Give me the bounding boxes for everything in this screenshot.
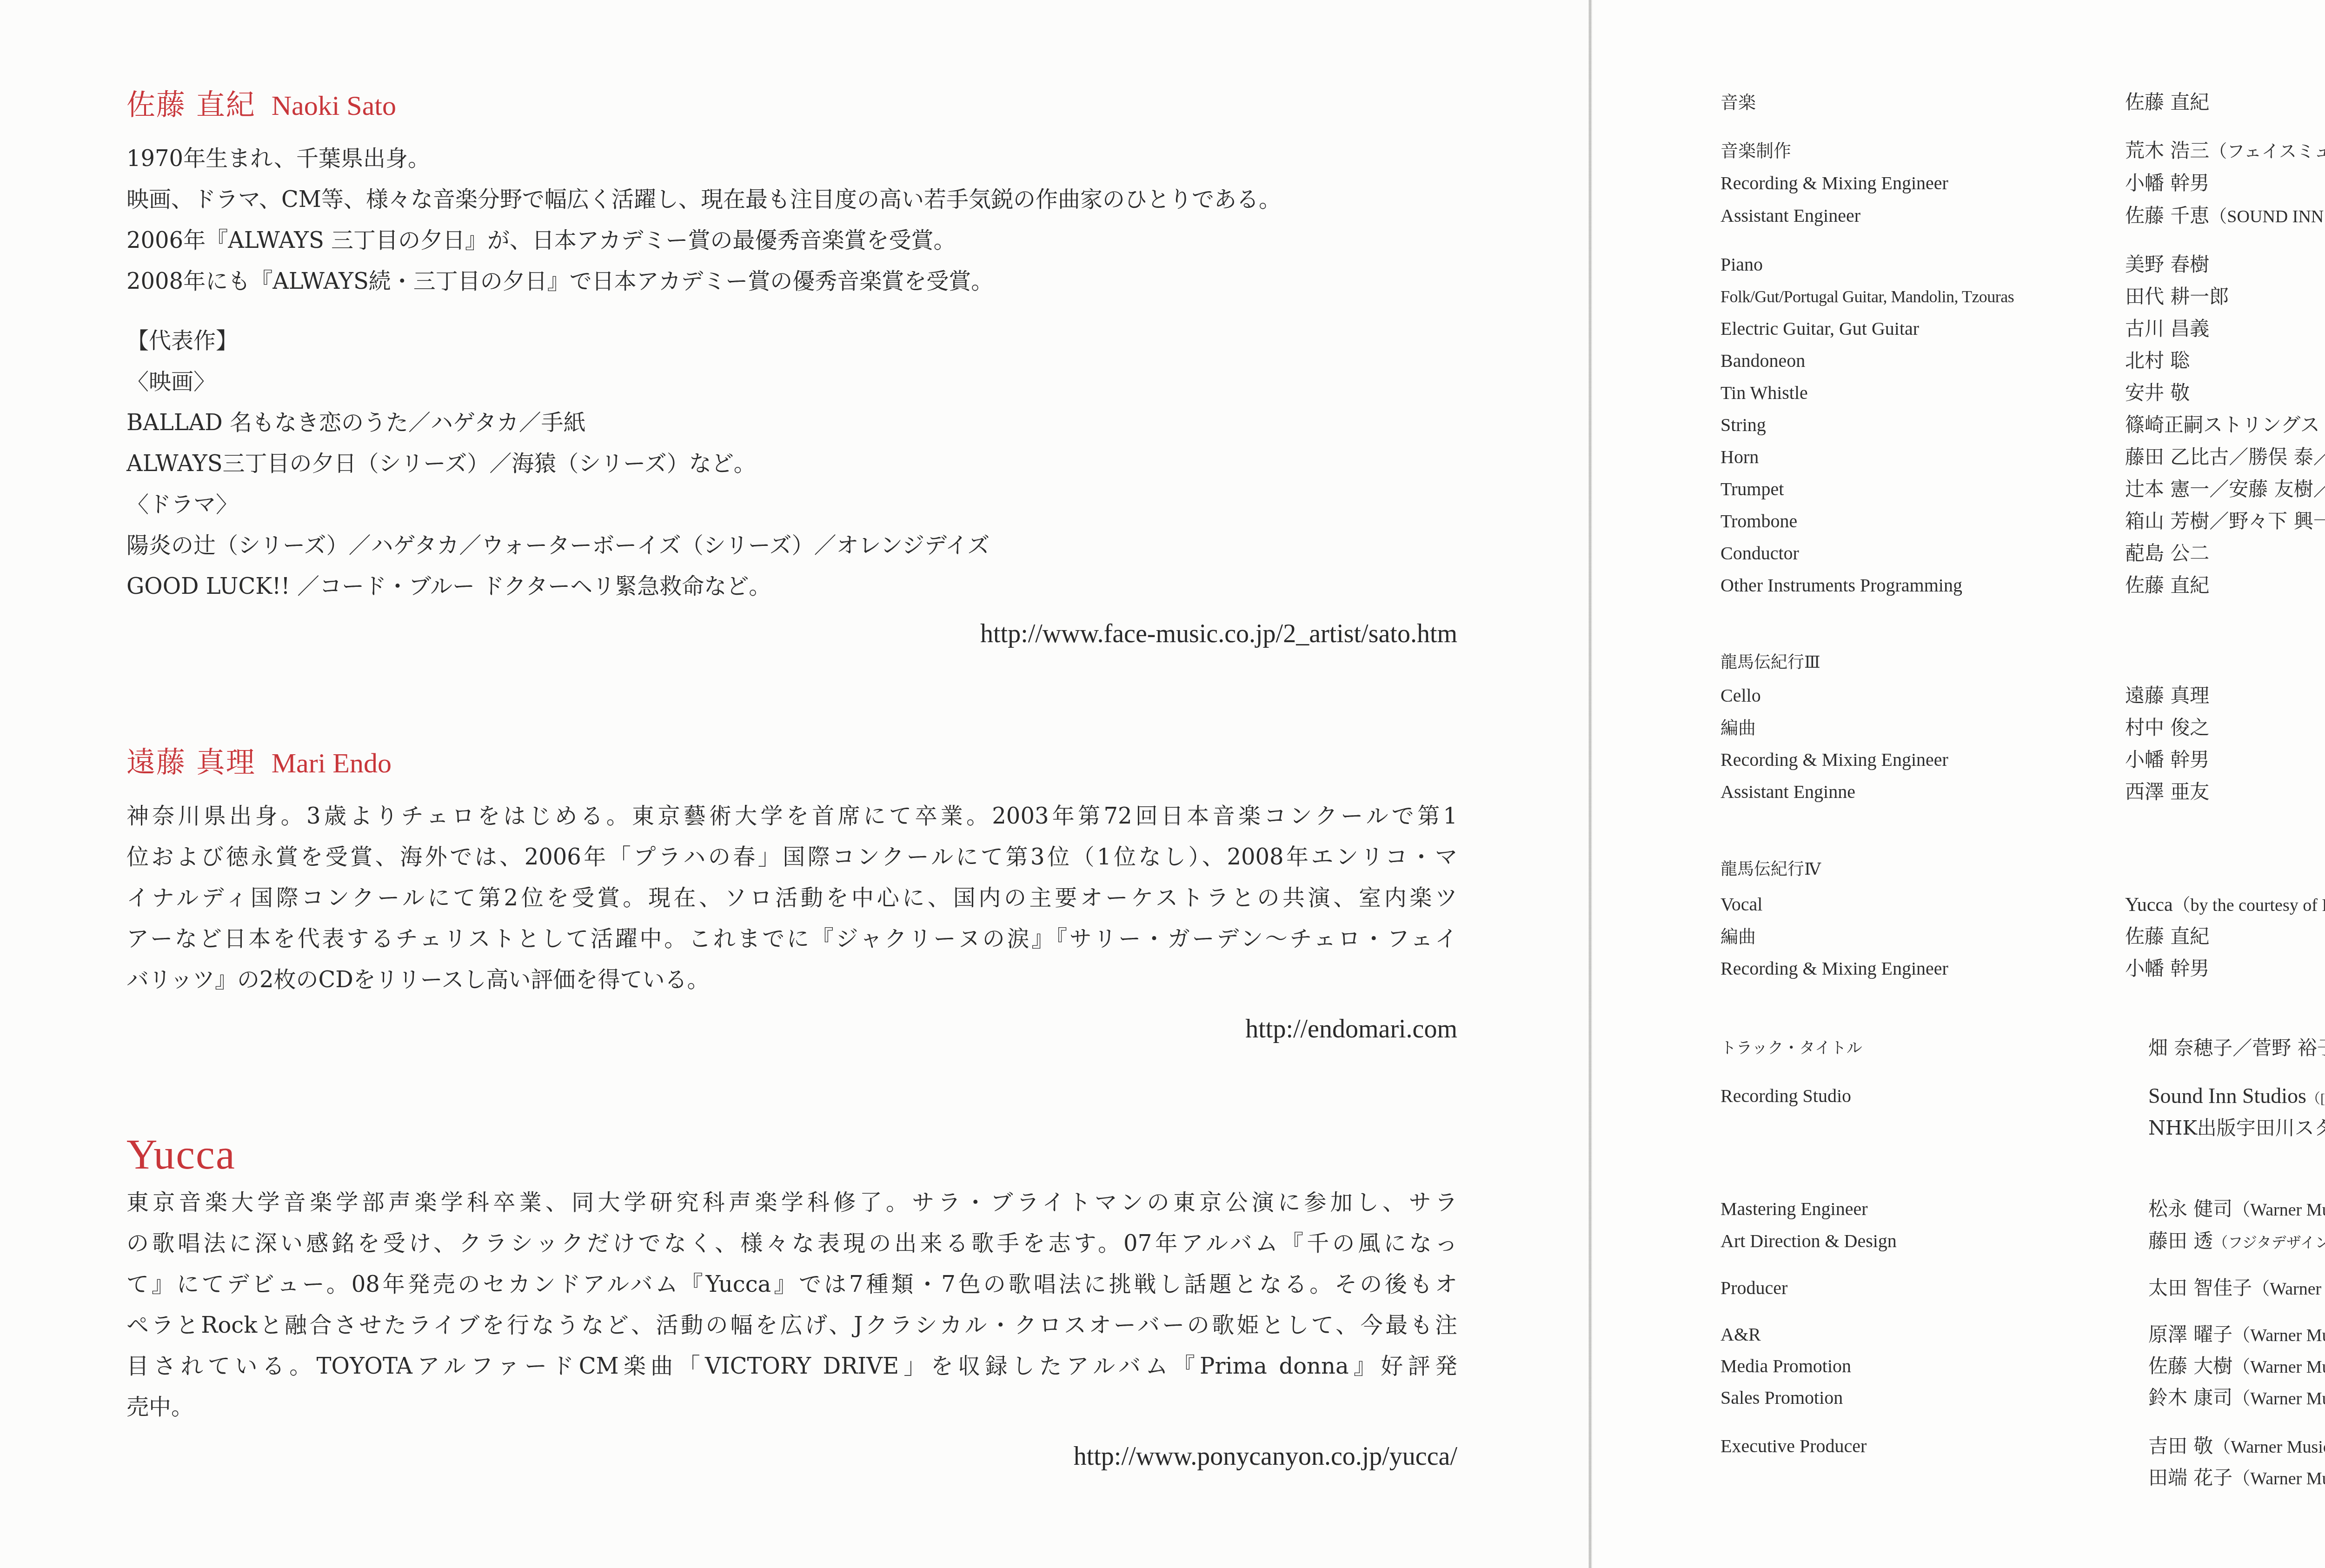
credit-value: 田端 花子（Warner Music Japan Inc.） xyxy=(2148,1462,2325,1495)
credit-label: Other Instruments Programming xyxy=(1720,570,1962,601)
credit-value: 安井 敬 xyxy=(2125,377,2190,409)
credit-note: （Warner Music Japan Inc.） xyxy=(2232,1357,2325,1377)
credit-label: String xyxy=(1720,409,1766,441)
credit-name: 荒木 浩三 xyxy=(2125,139,2209,162)
credit-label: 編曲 xyxy=(1720,712,1756,744)
credit-name: 鈴木 康司 xyxy=(2148,1386,2232,1409)
credit-label: Conductor xyxy=(1720,538,1799,569)
url-yucca[interactable]: http://www.ponycanyon.co.jp/yucca/ xyxy=(126,1438,1457,1475)
bio-line: バリッツ』の2枚のCDをリリースし高い評価を得ている。 xyxy=(126,959,1457,1000)
credit-name: 太田 智佳子 xyxy=(2148,1276,2252,1299)
section-title-ryoma-3: 龍馬伝紀行Ⅲ xyxy=(1720,649,1820,677)
bio-naoki-sato: 佐藤 直紀Naoki Sato 1970年生まれ、千葉県出身。 映画、ドラマ、C… xyxy=(126,86,1457,652)
credit-name: 原澤 曜子 xyxy=(2148,1323,2232,1346)
credit-label: Assistant Engineer xyxy=(1720,200,1860,232)
works-heading: 【代表作】 xyxy=(126,320,1457,361)
credit-value: 吉田 敬（Warner Music Japan Inc.） xyxy=(2148,1430,2325,1463)
credit-note: （Warner Music Japan Inc.） xyxy=(2252,1279,2325,1299)
credit-value: 佐藤 直紀 xyxy=(2125,570,2209,601)
bio-line: 位および徳永賞を受賞、海外では、2006年「プラハの春」国際コンクールにて第3位… xyxy=(126,837,1457,877)
bio-line: アーなど日本を代表するチェリストとして活躍中。これまでに『ジャクリーヌの涙』『サ… xyxy=(126,918,1457,959)
credit-note: （Warner Music Japan Inc.） xyxy=(2232,1326,2325,1345)
url-endo[interactable]: http://endomari.com xyxy=(126,1010,1457,1048)
credit-value: 蓜島 公二 xyxy=(2125,538,2209,569)
bio-heading: 佐藤 直紀Naoki Sato xyxy=(126,86,1457,124)
bio-text: 東京音楽大学音楽学部声楽学科卒業、同大学研究科声楽学科修了。サラ・ブライトマンの… xyxy=(126,1182,1457,1428)
credit-label: Folk/Gut/Portugal Guitar, Mandolin, Tzou… xyxy=(1720,281,2014,312)
credit-value: 西澤 亜友 xyxy=(2125,776,2209,808)
bio-line: 1970年生まれ、千葉県出身。 xyxy=(126,138,1457,179)
name-en: Naoki Sato xyxy=(272,90,396,121)
credit-name: 松永 健司 xyxy=(2148,1197,2232,1220)
credit-value: 藤田 透（フジタデザイン） xyxy=(2148,1225,2325,1258)
credit-value: 古川 昌義 xyxy=(2125,313,2209,345)
credit-value: 鈴木 康司（Warner Music Japan Inc.） xyxy=(2148,1382,2325,1415)
url-sato[interactable]: http://www.face-music.co.jp/2_artist/sat… xyxy=(126,615,1457,652)
name-jp: 遠藤 真理 xyxy=(126,745,256,779)
works-line: 陽炎の辻（シリーズ）／ハゲタカ／ウォーターボーイズ（シリーズ）／オレンジデイズ xyxy=(126,525,1457,566)
credit-value: 小幡 幹男 xyxy=(2125,167,2209,199)
credit-name: 佐藤 千恵 xyxy=(2125,204,2209,227)
credit-label: Media Promotion xyxy=(1720,1350,1851,1382)
credit-value: 美野 春樹 xyxy=(2125,249,2209,280)
credit-value: 佐藤 千恵（SOUND INN STUDIOS） xyxy=(2125,200,2325,233)
credit-label: Recording Studio xyxy=(1720,1080,1851,1112)
bio-line: 目されている。TOYOTAアルファードCM楽曲「VICTORY DRIVE」を収… xyxy=(126,1346,1457,1387)
bio-mari-endo: 遠藤 真理Mari Endo 神奈川県出身。3歳よりチェロをはじめる。東京藝術大… xyxy=(126,744,1457,1048)
credit-note: （Warner Music Japan Inc.） xyxy=(2232,1469,2325,1488)
credit-value: 佐藤 直紀 xyxy=(2125,86,2209,118)
works-film-label: 〈映画〉 xyxy=(126,361,1457,402)
credit-value: 松永 健司（Warner Music Mastering） xyxy=(2148,1193,2325,1226)
credit-note: （フェイスミュージック） xyxy=(2209,142,2325,161)
bio-line: 東京音楽大学音楽学部声楽学科卒業、同大学研究科声楽学科修了。サラ・ブライトマンの… xyxy=(126,1182,1457,1223)
credit-value: Yucca（by the courtesy of PONY CANYON INC… xyxy=(2125,889,2325,921)
credit-label: Assistant Enginne xyxy=(1720,776,1855,808)
credit-label: 編曲 xyxy=(1720,921,1756,952)
credit-label: Recording & Mixing Engineer xyxy=(1720,744,1948,776)
bio-heading: 遠藤 真理Mari Endo xyxy=(126,744,1457,782)
works-drama-label: 〈ドラマ〉 xyxy=(126,484,1457,525)
credit-label: 音楽 xyxy=(1720,86,1756,118)
credit-value: 箱山 芳樹／野々下 興一／奥村 晃／小和田 有希／新田 幹男 xyxy=(2125,505,2325,537)
bio-line: 2008年にも『ALWAYS続・三丁目の夕日』で日本アカデミー賞の優秀音楽賞を受… xyxy=(126,261,1457,302)
credit-name: Sound Inn Studios xyxy=(2148,1084,2306,1108)
bio-line: の歌唱法に深い感銘を受け、クラシックだけでなく、様々な表現の出来る歌手を志す。0… xyxy=(126,1223,1457,1264)
credit-name: 吉田 敬 xyxy=(2148,1435,2213,1457)
credit-label: Trumpet xyxy=(1720,473,1784,505)
credit-note: （by the courtesy of PONY CANYON INC.） xyxy=(2173,896,2325,915)
credit-label: Horn xyxy=(1720,441,1759,473)
credit-note: （[Track 1-14] 2010/6/28,29,30 [Track 16]… xyxy=(2306,1091,2325,1106)
bio-line: イナルディ国際コンクールにて第2位を受賞。現在、ソロ活動を中心に、国内の主要オー… xyxy=(126,877,1457,918)
credit-label: Vocal xyxy=(1720,889,1762,920)
credit-value: 村中 俊之 xyxy=(2125,712,2209,744)
credit-label: 音楽制作 xyxy=(1720,135,1791,166)
bio-line: ペラとRockと融合させたライブを行なうなど、活動の幅を広げ、Jクラシカル・クロ… xyxy=(126,1305,1457,1346)
credit-value: 畑 奈穂子／菅野 裕子 xyxy=(2148,1032,2325,1064)
credit-value: 北村 聡 xyxy=(2125,345,2190,377)
credit-note: （SOUND INN STUDIOS） xyxy=(2209,207,2325,226)
credit-note: （フジタデザイン） xyxy=(2213,1234,2325,1251)
credit-label: Producer xyxy=(1720,1272,1787,1304)
credit-value: 佐藤 大樹（Warner Music Japan Inc.） xyxy=(2148,1350,2325,1383)
credit-value: 藤田 乙比古／勝俣 泰／堂山 敦史／萩原 顕彰 xyxy=(2125,441,2325,473)
name-en: Mari Endo xyxy=(272,748,392,778)
credit-name: 佐藤 大樹 xyxy=(2148,1355,2232,1377)
credit-label: Mastering Engineer xyxy=(1720,1193,1868,1225)
credit-label: Bandoneon xyxy=(1720,345,1805,377)
credit-label: A&R xyxy=(1720,1319,1761,1350)
credit-note: （Warner Music Japan Inc.） xyxy=(2213,1437,2325,1457)
credit-label: Tin Whistle xyxy=(1720,377,1808,409)
credit-name: 田端 花子 xyxy=(2148,1466,2232,1489)
credit-note: （Warner Music Japan Inc.） xyxy=(2232,1389,2325,1409)
credit-value: 太田 智佳子（Warner Music Japan Inc.） xyxy=(2148,1272,2325,1305)
page-fold xyxy=(1588,0,1592,1568)
bio-text: 神奈川県出身。3歳よりチェロをはじめる。東京藝術大学を首席にて卒業。2003年第… xyxy=(126,796,1457,1000)
credit-value: 小幡 幹男 xyxy=(2125,953,2209,984)
credit-name: Yucca xyxy=(2125,894,2173,916)
bio-line: て』にてデビュー。08年発売のセカンドアルバム『Yucca』では7種類・7色の歌… xyxy=(126,1264,1457,1305)
credit-label: Piano xyxy=(1720,249,1763,280)
credit-name: 藤田 透 xyxy=(2148,1229,2213,1252)
credit-value: 小幡 幹男 xyxy=(2125,744,2209,776)
credit-label: Trombone xyxy=(1720,505,1797,537)
bio-line: 神奈川県出身。3歳よりチェロをはじめる。東京藝術大学を首席にて卒業。2003年第… xyxy=(126,796,1457,837)
credit-label: Recording & Mixing Engineer xyxy=(1720,167,1948,199)
bio-text: 1970年生まれ、千葉県出身。 映画、ドラマ、CM等、様々な音楽分野で幅広く活躍… xyxy=(126,138,1457,607)
bio-line: 2006年『ALWAYS 三丁目の夕日』が、日本アカデミー賞の最優秀音楽賞を受賞… xyxy=(126,220,1457,261)
credit-value: 佐藤 直紀 xyxy=(2125,921,2209,952)
credit-label: Sales Promotion xyxy=(1720,1382,1843,1414)
bio-line: 売中。 xyxy=(126,1387,1457,1428)
credit-label: トラック・タイトル xyxy=(1720,1032,1862,1064)
credit-value: Sound Inn Studios（[Track 1-14] 2010/6/28… xyxy=(2148,1080,2325,1115)
credit-label: Cello xyxy=(1720,680,1761,711)
credit-name: NHK出版宇田川スタジオ xyxy=(2148,1116,2325,1139)
works-line: GOOD LUCK!! ／コード・ブルー ドクターヘリ緊急救命など。 xyxy=(126,566,1457,607)
credit-value: 篠崎正嗣ストリングス xyxy=(2125,409,2320,441)
credit-label: Art Direction & Design xyxy=(1720,1225,1897,1257)
credit-value: 辻本 憲一／安藤 友樹／久良木 文／岡崎 耕二／内藤 知裕／奥野 儀光 xyxy=(2125,473,2325,505)
credit-value: 田代 耕一郎 xyxy=(2125,281,2229,312)
credit-value: NHK出版宇田川スタジオ（[Track 15] 2010/6/17） xyxy=(2148,1112,2325,1146)
bio-line: 映画、ドラマ、CM等、様々な音楽分野で幅広く活躍し、現在最も注目度の高い若手気鋭… xyxy=(126,179,1457,220)
section-title-ryoma-4: 龍馬伝紀行Ⅳ xyxy=(1720,856,1821,884)
credit-value: 荒木 浩三（フェイスミュージック） xyxy=(2125,135,2325,167)
bio-heading: Yucca xyxy=(126,1131,1457,1177)
name-jp: 佐藤 直紀 xyxy=(126,88,256,122)
credit-note: （Warner Music Mastering） xyxy=(2232,1200,2325,1220)
credit-value: 遠藤 真理 xyxy=(2125,680,2209,711)
credit-label: Electric Guitar, Gut Guitar xyxy=(1720,313,1919,345)
credit-value: 原澤 曜子（Warner Music Japan Inc.） xyxy=(2148,1319,2325,1351)
credit-label: Executive Producer xyxy=(1720,1430,1867,1462)
works-line: BALLAD 名もなき恋のうた／ハゲタカ／手紙 xyxy=(126,402,1457,443)
works-line: ALWAYS三丁目の夕日（シリーズ）／海猿（シリーズ）など。 xyxy=(126,443,1457,484)
credit-label: Recording & Mixing Engineer xyxy=(1720,953,1948,984)
bio-yucca: Yucca 東京音楽大学音楽学部声楽学科卒業、同大学研究科声楽学科修了。サラ・ブ… xyxy=(126,1131,1457,1475)
